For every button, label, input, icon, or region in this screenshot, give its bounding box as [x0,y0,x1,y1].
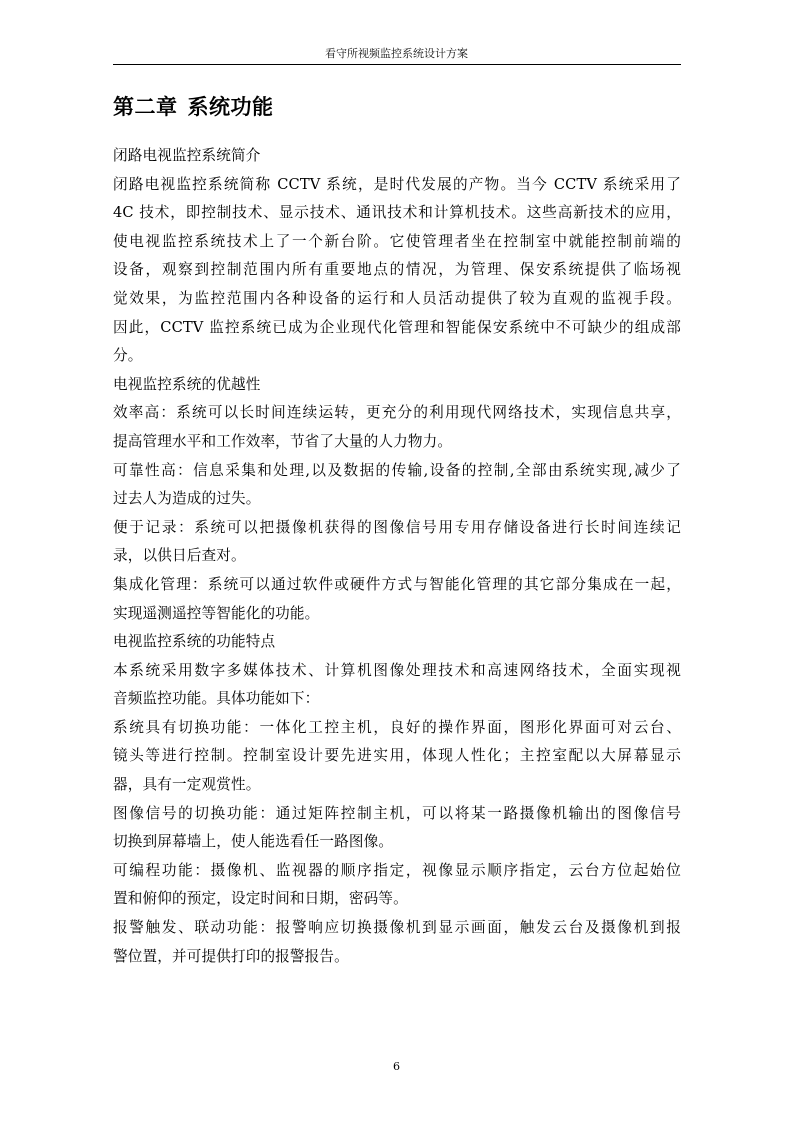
text-line: 提高管理水平和工作效率，节省了大量的人力物力。 [113,428,681,457]
text-line: 切换到屏幕墙上，使人能选看任一路图像。 [113,828,681,857]
text-line: 电视监控系统的优越性 [113,371,681,400]
text-line: 使电视监控系统技术上了一个新台阶。它使管理者坐在控制室中就能控制前端的 [113,228,681,257]
text-line: 过去人为造成的过失。 [113,485,681,514]
paragraph: 效率高：系统可以长时间连续运转，更充分的利用现代网络技术，实现信息共享，提高管理… [113,399,681,456]
text-line: 4C 技术，即控制技术、显示技术、通讯技术和计算机技术。这些高新技术的应用， [113,199,681,228]
text-line: 因此，CCTV 监控系统已成为企业现代化管理和智能保安系统中不可缺少的组成部 [113,314,681,343]
section-heading: 电视监控系统的功能特点 [113,628,681,657]
text-line: 器，具有一定观赏性。 [113,771,681,800]
text-line: 镜头等进行控制。控制室设计要先进实用，体现人性化；主控室配以大屏幕显示 [113,742,681,771]
page-number: 6 [0,1060,793,1073]
text-line: 图像信号的切换功能：通过矩阵控制主机，可以将某一路摄像机输出的图像信号 [113,800,681,829]
paragraph: 报警触发、联动功能：报警响应切换摄像机到显示画面，触发云台及摄像机到报警位置，并… [113,914,681,971]
running-header: 看守所视频监控系统设计方案 [113,46,680,62]
header-rule [113,64,681,65]
text-line: 音频监控功能。具体功能如下： [113,685,681,714]
text-line: 可编程功能：摄像机、监视器的顺序指定，视像显示顺序指定，云台方位起始位 [113,857,681,886]
text-line: 可靠性高：信息采集和处理,以及数据的传输,设备的控制,全部由系统实现,减少了 [113,457,681,486]
text-line: 闭路电视监控系统简介 [113,142,681,171]
chapter-name: 系统功能 [188,95,274,119]
text-line: 本系统采用数字多媒体技术、计算机图像处理技术和高速网络技术，全面实现视 [113,657,681,686]
paragraph: 可靠性高：信息采集和处理,以及数据的传输,设备的控制,全部由系统实现,减少了过去… [113,457,681,514]
text-line: 置和俯仰的预定，设定时间和日期，密码等。 [113,885,681,914]
document-body: 闭路电视监控系统简介闭路电视监控系统简称 CCTV 系统，是时代发展的产物。当今… [113,142,681,971]
paragraph: 本系统采用数字多媒体技术、计算机图像处理技术和高速网络技术，全面实现视音频监控功… [113,657,681,714]
chapter-title: 第二章系统功能 [113,92,274,122]
chapter-number: 第二章 [113,95,178,119]
text-line: 实现遥测遥控等智能化的功能。 [113,600,681,629]
paragraph: 图像信号的切换功能：通过矩阵控制主机，可以将某一路摄像机输出的图像信号切换到屏幕… [113,800,681,857]
text-line: 效率高：系统可以长时间连续运转，更充分的利用现代网络技术，实现信息共享， [113,399,681,428]
text-line: 警位置，并可提供打印的报警报告。 [113,943,681,972]
text-line: 电视监控系统的功能特点 [113,628,681,657]
paragraph: 系统具有切换功能：一体化工控主机，良好的操作界面，图形化界面可对云台、镜头等进行… [113,714,681,800]
paragraph: 便于记录：系统可以把摄像机获得的图像信号用专用存储设备进行长时间连续记录，以供日… [113,514,681,571]
text-line: 集成化管理：系统可以通过软件或硬件方式与智能化管理的其它部分集成在一起， [113,571,681,600]
text-line: 便于记录：系统可以把摄像机获得的图像信号用专用存储设备进行长时间连续记 [113,514,681,543]
text-line: 报警触发、联动功能：报警响应切换摄像机到显示画面，触发云台及摄像机到报 [113,914,681,943]
section-heading: 闭路电视监控系统简介 [113,142,681,171]
text-line: 录，以供日后查对。 [113,542,681,571]
paragraph: 可编程功能：摄像机、监视器的顺序指定，视像显示顺序指定，云台方位起始位置和俯仰的… [113,857,681,914]
section-heading: 电视监控系统的优越性 [113,371,681,400]
text-line: 觉效果，为监控范围内各种设备的运行和人员活动提供了较为直观的监视手段。 [113,285,681,314]
text-line: 设备，观察到控制范围内所有重要地点的情况，为管理、保安系统提供了临场视 [113,256,681,285]
paragraph: 闭路电视监控系统简称 CCTV 系统，是时代发展的产物。当今 CCTV 系统采用… [113,171,681,371]
text-line: 系统具有切换功能：一体化工控主机，良好的操作界面，图形化界面可对云台、 [113,714,681,743]
text-line: 分。 [113,342,681,371]
text-line: 闭路电视监控系统简称 CCTV 系统，是时代发展的产物。当今 CCTV 系统采用… [113,171,681,200]
paragraph: 集成化管理：系统可以通过软件或硬件方式与智能化管理的其它部分集成在一起，实现遥测… [113,571,681,628]
